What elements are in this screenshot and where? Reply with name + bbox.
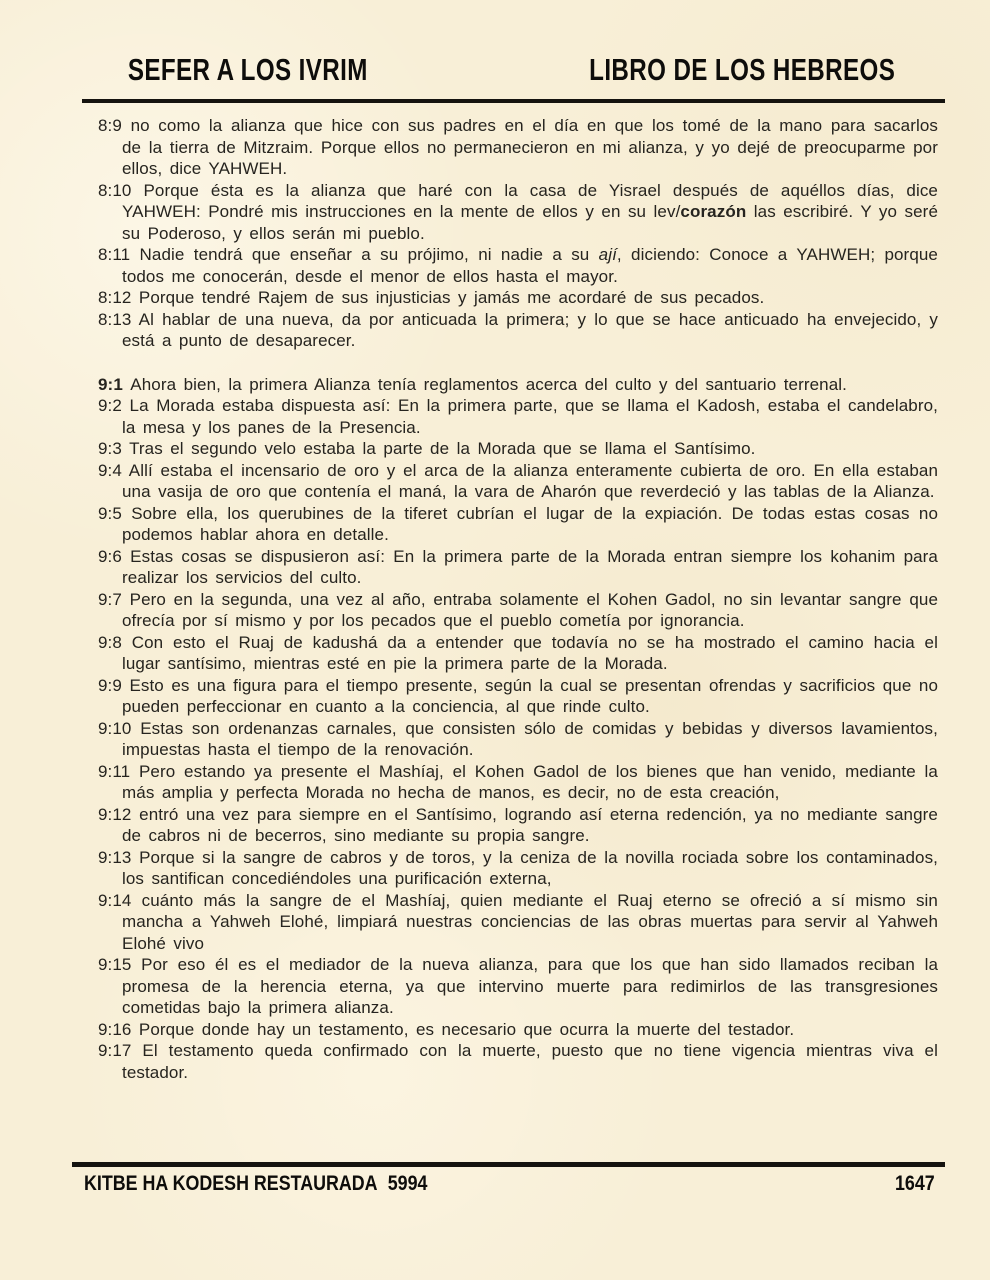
verse-number: 9:1 xyxy=(98,375,130,394)
verse-number: 9:3 xyxy=(98,439,129,458)
verse-list: 8:9 no como la alianza que hice con sus … xyxy=(98,115,938,1083)
header-right-cell: LIBRO DE LOS HEBREOS xyxy=(495,52,990,88)
verse-text-segment: Pero estando ya presente el Mashíaj, el … xyxy=(122,762,938,803)
header-left-cell: SEFER A LOS IVRIM xyxy=(0,52,495,88)
page-header: SEFER A LOS IVRIM LIBRO DE LOS HEBREOS xyxy=(0,52,990,88)
verse-text-segment: Pero en la segunda, una vez al año, entr… xyxy=(122,590,938,631)
verse-number: 8:11 xyxy=(98,245,140,264)
footer-divider-rule xyxy=(72,1162,945,1167)
verse-8-9: 8:9 no como la alianza que hice con sus … xyxy=(98,115,938,180)
verse-9-4: 9:4 Allí estaba el incensario de oro y e… xyxy=(98,460,938,503)
verse-9-16: 9:16 Porque donde hay un testamento, es … xyxy=(98,1019,938,1041)
verse-text-segment: Ahora bien, la primera Alianza tenía reg… xyxy=(130,375,847,394)
verse-text-segment: Porque si la sangre de cabros y de toros… xyxy=(122,848,938,889)
verse-9-5: 9:5 Sobre ella, los querubines de la tif… xyxy=(98,503,938,546)
verse-text-segment: ají xyxy=(599,245,617,264)
verse-number: 9:17 xyxy=(98,1041,142,1060)
verse-9-10: 9:10 Estas son ordenanzas carnales, que … xyxy=(98,718,938,761)
verse-9-3: 9:3 Tras el segundo velo estaba la parte… xyxy=(98,438,938,460)
verse-9-15: 9:15 Por eso él es el mediador de la nue… xyxy=(98,954,938,1019)
page-number: 1647 xyxy=(895,1172,935,1196)
verse-9-1: 9:1 Ahora bien, la primera Alianza tenía… xyxy=(98,374,938,396)
verse-text-segment: Allí estaba el incensario de oro y el ar… xyxy=(122,461,938,502)
verse-text-segment: Al hablar de una nueva, da por anticuada… xyxy=(122,310,938,351)
verse-8-13: 8:13 Al hablar de una nueva, da por anti… xyxy=(98,309,938,352)
verse-9-11: 9:11 Pero estando ya presente el Mashíaj… xyxy=(98,761,938,804)
verse-number: 9:6 xyxy=(98,547,130,566)
verse-text-segment: corazón xyxy=(680,202,746,221)
verse-9-7: 9:7 Pero en la segunda, una vez al año, … xyxy=(98,589,938,632)
verse-text-segment: Porque tendré Rajem de sus injusticias y… xyxy=(139,288,764,307)
verse-9-13: 9:13 Porque si la sangre de cabros y de … xyxy=(98,847,938,890)
verse-text-segment: no como la alianza que hice con sus padr… xyxy=(122,116,938,178)
verse-text-segment: Estas cosas se dispusieron así: En la pr… xyxy=(122,547,938,588)
verse-number: 9:12 xyxy=(98,805,139,824)
verse-9-6: 9:6 Estas cosas se dispusieron así: En l… xyxy=(98,546,938,589)
verse-number: 9:7 xyxy=(98,590,130,609)
verse-9-17: 9:17 El testamento queda confirmado con … xyxy=(98,1040,938,1083)
verse-number: 9:9 xyxy=(98,676,129,695)
verse-number: 9:10 xyxy=(98,719,140,738)
verse-8-10: 8:10 Porque ésta es la alianza que haré … xyxy=(98,180,938,245)
verse-text-segment: Sobre ella, los querubines de la tiferet… xyxy=(122,504,938,545)
verse-9-2: 9:2 La Morada estaba dispuesta así: En l… xyxy=(98,395,938,438)
verse-number: 9:14 xyxy=(98,891,142,910)
document-page: SEFER A LOS IVRIM LIBRO DE LOS HEBREOS 8… xyxy=(0,0,990,1280)
edition-title: KITBE HA KODESH RESTAURADA xyxy=(84,1172,378,1195)
verse-number: 9:4 xyxy=(98,461,129,480)
verse-8-12: 8:12 Porque tendré Rajem de sus injustic… xyxy=(98,287,938,309)
verse-number: 8:10 xyxy=(98,181,143,200)
verse-9-8: 9:8 Con esto el Ruaj de kadushá da a ent… xyxy=(98,632,938,675)
verse-number: 9:15 xyxy=(98,955,141,974)
verse-9-12: 9:12 entró una vez para siempre en el Sa… xyxy=(98,804,938,847)
verse-text-segment: La Morada estaba dispuesta así: En la pr… xyxy=(122,396,938,437)
verse-text-segment: entró una vez para siempre en el Santísi… xyxy=(122,805,938,846)
verse-text-segment: cuánto más la sangre de el Mashíaj, quie… xyxy=(122,891,938,953)
verse-text-segment: Con esto el Ruaj de kadushá da a entende… xyxy=(122,633,938,674)
verse-text-segment: Esto es una figura para el tiempo presen… xyxy=(122,676,938,717)
verse-number: 9:5 xyxy=(98,504,131,523)
verse-number: 9:13 xyxy=(98,848,139,867)
header-divider-rule xyxy=(82,99,945,103)
title-spanish: LIBRO DE LOS HEBREOS xyxy=(589,52,895,88)
verse-9-9: 9:9 Esto es una figura para el tiempo pr… xyxy=(98,675,938,718)
verse-8-11: 8:11 Nadie tendrá que enseñar a su próji… xyxy=(98,244,938,287)
verse-number: 9:2 xyxy=(98,396,130,415)
verse-text-segment: Nadie tendrá que enseñar a su prójimo, n… xyxy=(140,245,599,264)
verse-9-14: 9:14 cuánto más la sangre de el Mashíaj,… xyxy=(98,890,938,955)
page-footer: KITBE HA KODESH RESTAURADA5994 1647 xyxy=(84,1172,935,1196)
verse-text-segment: Estas son ordenanzas carnales, que consi… xyxy=(122,719,938,760)
edition-year: 5994 xyxy=(388,1172,428,1195)
footer-edition-label: KITBE HA KODESH RESTAURADA5994 xyxy=(84,1172,427,1196)
verse-text-segment: El testamento queda confirmado con la mu… xyxy=(122,1041,938,1082)
verse-number: 8:9 xyxy=(98,116,131,135)
verse-number: 8:12 xyxy=(98,288,139,307)
verse-number: 9:16 xyxy=(98,1020,139,1039)
title-hebrew-transliteration: SEFER A LOS IVRIM xyxy=(128,52,368,88)
verse-number: 9:8 xyxy=(98,633,132,652)
verse-number: 9:11 xyxy=(98,762,139,781)
verse-text-segment: Porque donde hay un testamento, es neces… xyxy=(139,1020,794,1039)
verse-text-segment: Por eso él es el mediador de la nueva al… xyxy=(122,955,938,1017)
verse-text-segment: Tras el segundo velo estaba la parte de … xyxy=(129,439,755,458)
verse-number: 8:13 xyxy=(98,310,139,329)
